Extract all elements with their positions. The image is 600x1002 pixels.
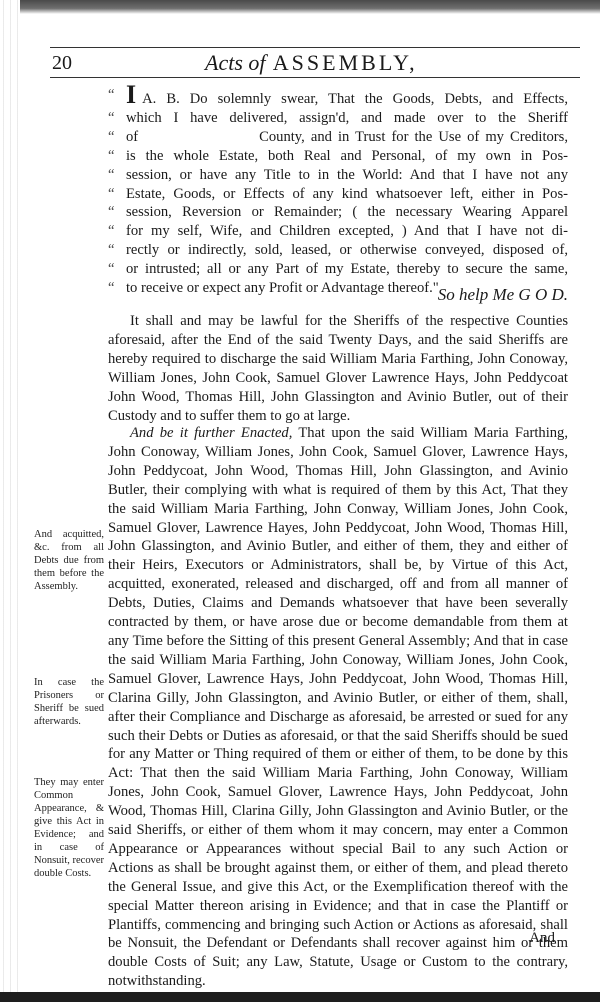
signoff: So help Me G O D. — [438, 285, 568, 305]
running-head-italic: Acts of — [205, 50, 266, 75]
margin-note-acquitted: And acquitted, &c. from all Debts due fr… — [34, 528, 104, 593]
oath-block: “IA. B. Do solemnly swear, That the Good… — [108, 86, 568, 298]
oath-line: for my self, Wife, and Children excepted… — [126, 222, 568, 241]
oath-line: session, or have any Title to in the Wor… — [126, 166, 568, 185]
scan-bottom-edge — [0, 992, 600, 1002]
header-rule-top — [50, 47, 580, 48]
scan-top-edge — [20, 0, 600, 14]
page-number: 20 — [52, 52, 72, 75]
paragraph-discharge: It shall and may be lawful for the Sheri… — [108, 312, 568, 425]
oath-line: rectly or indirectly, sold, leased, or o… — [126, 241, 568, 260]
drop-cap: I — [126, 80, 136, 109]
oath-line: of County, and in Trust for the Use of m… — [126, 128, 568, 147]
running-head-title: ASSEMBLY, — [273, 50, 418, 75]
margin-note-sued: In case the Prisoners or Sheriff be sued… — [34, 676, 104, 728]
oath-line: session, Reversion or Remainder; ( the n… — [126, 203, 568, 222]
header-rule-bottom — [50, 77, 580, 78]
oath-line: is the whole Estate, both Real and Perso… — [126, 147, 568, 166]
oath-line: Estate, Goods, or Effects of any kind wh… — [126, 185, 568, 204]
enacting-clause: And be it further Enacted, — [130, 425, 292, 441]
oath-line: which I have delivered, assign'd, and ma… — [126, 109, 568, 128]
paragraph-enacted: And be it further Enacted, That upon the… — [108, 424, 568, 991]
catchword: And — [529, 930, 555, 947]
oath-line: A. B. Do solemnly swear, That the Goods,… — [142, 91, 568, 107]
oath-line: or intrusted; all or any Part of my Esta… — [126, 260, 568, 279]
page-gutter — [0, 0, 22, 1002]
paragraph-body: That upon the said William Maria Farthin… — [108, 425, 568, 989]
running-head: Acts of ASSEMBLY, — [205, 50, 418, 76]
margin-note-appearance: They may enter Common Appearance, & give… — [34, 776, 104, 880]
